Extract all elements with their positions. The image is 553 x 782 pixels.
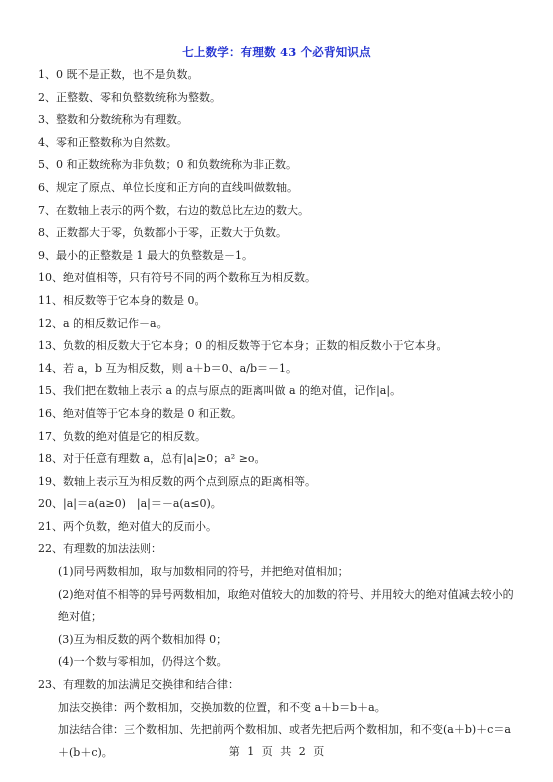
list-item: 12、a 的相反数记作－a。 [38,313,518,336]
list-item: 6、规定了原点、单位长度和正方向的直线叫做数轴。 [38,177,518,200]
list-item: 1、0 既不是正数，也不是负数。 [38,64,518,87]
list-item: 15、我们把在数轴上表示 a 的点与原点的距离叫做 a 的绝对值，记作|a|。 [38,380,518,403]
list-item: 5、0 和正数统称为非负数；0 和负数统称为非正数。 [38,154,518,177]
sub-item: 加法交换律：两个数相加，交换加数的位置，和不变 a＋b＝b＋a。 [38,697,518,720]
sub-item: (4)一个数与零相加，仍得这个数。 [38,651,518,674]
document-title: 七上数学：有理数 43 个必背知识点 [0,44,553,60]
page-footer: 第 1 页 共 2 页 [0,743,553,759]
sub-item: 绝对值； [38,606,518,629]
sub-item: (1)同号两数相加，取与加数相同的符号，并把绝对值相加； [38,561,518,584]
sub-item: (2)绝对值不相等的异号两数相加，取绝对值较大的加数的符号、并用较大的绝对值减去… [38,584,518,607]
list-item: 8、正数都大于零，负数都小于零，正数大于负数。 [38,222,518,245]
list-item: 20、|a|＝a(a≥0) |a|＝－a(a≤0)。 [38,493,518,516]
list-item: 17、负数的绝对值是它的相反数。 [38,426,518,449]
list-item: 4、零和正整数称为自然数。 [38,132,518,155]
list-item: 7、在数轴上表示的两个数，右边的数总比左边的数大。 [38,200,518,223]
list-item: 22、有理数的加法法则： [38,538,518,561]
knowledge-point-list: 1、0 既不是正数，也不是负数。 2、正整数、零和负整数统称为整数。 3、整数和… [38,64,518,764]
list-item: 16、绝对值等于它本身的数是 0 和正数。 [38,403,518,426]
list-item: 13、负数的相反数大于它本身；0 的相反数等于它本身；正数的相反数小于它本身。 [38,335,518,358]
list-item: 14、若 a，b 互为相反数，则 a＋b＝0、a/b＝－1。 [38,358,518,381]
list-item: 21、两个负数，绝对值大的反而小。 [38,516,518,539]
list-item: 19、数轴上表示互为相反数的两个点到原点的距离相等。 [38,471,518,494]
list-item: 2、正整数、零和负整数统称为整数。 [38,87,518,110]
list-item: 10、绝对值相等，只有符号不同的两个数称互为相反数。 [38,267,518,290]
list-item: 9、最小的正整数是 1 最大的负整数是－1。 [38,245,518,268]
list-item: 18、对于任意有理数 a，总有|a|≥0；a² ≥o。 [38,448,518,471]
sub-item: (3)互为相反数的两个数相加得 0； [38,629,518,652]
sub-item: 加法结合律：三个数相加、先把前两个数相加、或者先把后两个数相加，和不变(a＋b)… [38,719,518,742]
list-item: 11、相反数等于它本身的数是 0。 [38,290,518,313]
list-item: 23、有理数的加法满足交换律和结合律： [38,674,518,697]
list-item: 3、整数和分数统称为有理数。 [38,109,518,132]
document-page: 七上数学：有理数 43 个必背知识点 1、0 既不是正数，也不是负数。 2、正整… [0,0,553,782]
